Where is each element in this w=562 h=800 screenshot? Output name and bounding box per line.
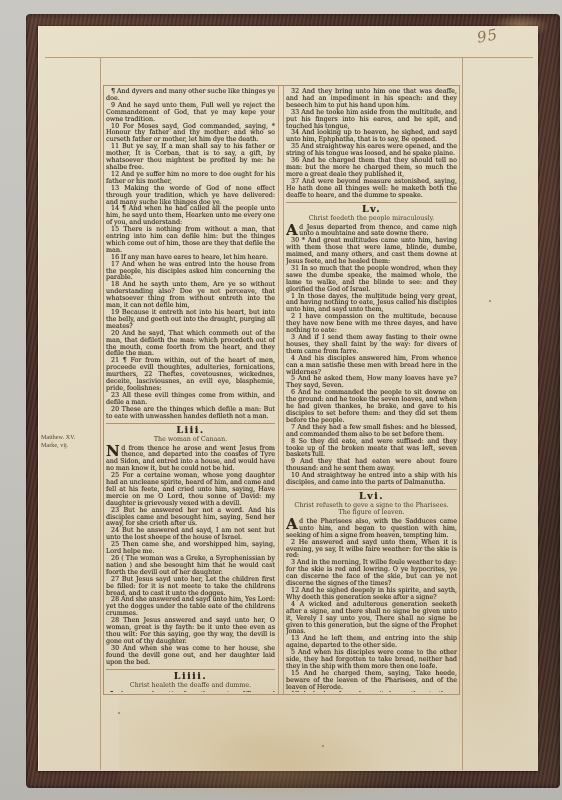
- verse-text: 35 And straightway his eares were opened…: [286, 143, 457, 157]
- verse-text: 28 Then Jesus answered and sayd unto her…: [106, 617, 275, 645]
- verse-text: 18 And he sayth unto them, Are ye so wit…: [106, 281, 275, 309]
- drop-cap-initial: A: [286, 224, 299, 237]
- ink-speck: [489, 300, 491, 302]
- verse-text: ¶ And dyvers and many other suche like t…: [106, 88, 275, 102]
- handwritten-folio-number: 95: [476, 25, 500, 46]
- margin-note-line: Matthew. XV.: [41, 434, 103, 442]
- ruled-line-center-2: [283, 85, 284, 695]
- verse-text: 30 And when she was come to her house, s…: [106, 645, 275, 666]
- section-subtitle: The woman of Canaan.: [106, 436, 275, 443]
- verse-text: 15 There is nothing from without a man, …: [106, 226, 275, 254]
- verse-text: 27 But Jesus sayd unto her, Let the chil…: [106, 576, 275, 597]
- section-subtitle: The figure of leaven.: [286, 509, 457, 516]
- verse-text: 36 And he charged them that they should …: [286, 157, 457, 178]
- verse-text: 3 And in the morning, It wilbe foule wea…: [286, 559, 457, 587]
- page-stain: [189, 726, 389, 800]
- verse-text: 7 And they had a few small fishes: and h…: [286, 424, 457, 438]
- verse-text: Nd from thence he arose and went Jesus f…: [106, 445, 275, 473]
- verse-text: 23 All these evill thinges come from wit…: [106, 392, 275, 406]
- section-number: Liii.: [106, 426, 275, 436]
- verse-text: 1 In those dayes, the multitude being ve…: [286, 293, 457, 314]
- verse-text: 8 So they did eate, and were suffised: a…: [286, 438, 457, 459]
- section-heading: Lvi.Christ refuseth to geve a signe to t…: [286, 489, 457, 516]
- text-column-left: ¶ And dyvers and many other suche like t…: [106, 88, 275, 692]
- verse-text: 15 And he charged them, saying, Take hee…: [286, 670, 457, 691]
- drop-cap-initial: A: [106, 691, 119, 693]
- verse-text: 17 And when Jesus knew it, he sayth unto…: [286, 691, 457, 692]
- section-subtitle: Christ feedeth the people miraculously.: [286, 215, 457, 222]
- verse-text: Ad agayne departing from the coastes of …: [106, 691, 275, 693]
- ruled-line-top: [45, 57, 533, 58]
- verse-text: 21 ¶ For from within, out of the heart o…: [106, 357, 275, 392]
- section-subtitle: Christ healeth the deaffe and dumme.: [106, 682, 275, 689]
- section-number: Lv.: [286, 205, 457, 215]
- verse-text: 12 And he sighed deepely in his spirite,…: [286, 587, 457, 601]
- margin-note: Matthew. XV. Marke, vij.: [41, 434, 103, 449]
- section-heading: Liiii.Christ healeth the deaffe and dumm…: [106, 669, 275, 689]
- verse-text: 37 And were beyond measure astonished, s…: [286, 178, 457, 199]
- verse-text: 5 And when his disciples were come to th…: [286, 649, 457, 670]
- verse-text: 6 And he commanded the people to sit dow…: [286, 389, 457, 424]
- ruled-line-left-margin: [100, 57, 101, 770]
- section-subtitle: Christ refuseth to geve a signe to the P…: [286, 502, 457, 509]
- verse-text: 3 And if I send them away fasting to the…: [286, 334, 457, 355]
- verse-text: 9 And he sayd unto them, Full well ye re…: [106, 102, 275, 123]
- verse-text: 20 These are the thinges which defile a …: [106, 406, 275, 420]
- verse-text: 28 And she answered and sayd unto him, Y…: [106, 596, 275, 617]
- ink-speck: [118, 712, 120, 714]
- verse-text: 17 And when he was entred into the house…: [106, 261, 275, 282]
- text-column-right: 32 And they bring unto him one that was …: [286, 88, 457, 692]
- ink-speck: [322, 745, 324, 747]
- verse-text: 26 ( The woman was a Greke, a Syrophenis…: [106, 555, 275, 576]
- verse-text: 11 But ye say, If a man shall say to his…: [106, 143, 275, 171]
- verse-text: Ad the Pharisees also, with the Sadduces…: [286, 518, 457, 539]
- drop-cap-initial: A: [286, 518, 299, 531]
- verse-text: 23 But he answered her not a word. And h…: [106, 507, 275, 528]
- ruled-line-center-1: [278, 85, 279, 695]
- verse-text: 12 And ye suffer him no more to doe ough…: [106, 171, 275, 185]
- verse-text: 25 For a certaine woman, whose yong daug…: [106, 472, 275, 507]
- drop-cap-initial: N: [106, 445, 121, 458]
- verse-text: 2 I have compassion on the multitude, be…: [286, 313, 457, 334]
- verse-text: 14 ¶ And when he had called all the peop…: [106, 205, 275, 226]
- verse-text: 4 And his disciples answered him, From w…: [286, 355, 457, 376]
- section-number: Lvi.: [286, 492, 457, 502]
- section-heading: Liii.The woman of Canaan.: [106, 423, 275, 443]
- verse-text: 31 In so much that the people wondred, w…: [286, 265, 457, 293]
- verse-text: 13 Making the worde of God of none effec…: [106, 185, 275, 206]
- margin-note-line: Marke, vij.: [41, 442, 103, 450]
- section-number: Liiii.: [106, 672, 275, 682]
- verse-text: 30 * And great multitudes came unto him,…: [286, 237, 457, 265]
- verse-text: 10 And straightway he entred into a ship…: [286, 472, 457, 486]
- verse-text: 19 Because it entreth not into his heart…: [106, 309, 275, 330]
- verse-text: 4 A wicked and adulterous generation see…: [286, 601, 457, 636]
- section-heading: Lv.Christ feedeth the people miraculousl…: [286, 202, 457, 222]
- verse-text: 33 And he tooke him aside from the multi…: [286, 109, 457, 130]
- book-scan: 95 Matthew. XV. Marke, vij. ¶ And dyvers…: [0, 0, 562, 800]
- verse-text: 32 And they bring unto him one that was …: [286, 88, 457, 109]
- ruled-line-right-margin: [462, 57, 463, 770]
- verse-text: 20 And he sayd, That which commeth out o…: [106, 330, 275, 358]
- verse-text: 10 For Moses sayd, God commanded, saying…: [106, 123, 275, 144]
- verse-text: 2 He answered and sayd unto them, When i…: [286, 539, 457, 560]
- verse-text: 25 Then came she, and worshipped him, sa…: [106, 541, 275, 555]
